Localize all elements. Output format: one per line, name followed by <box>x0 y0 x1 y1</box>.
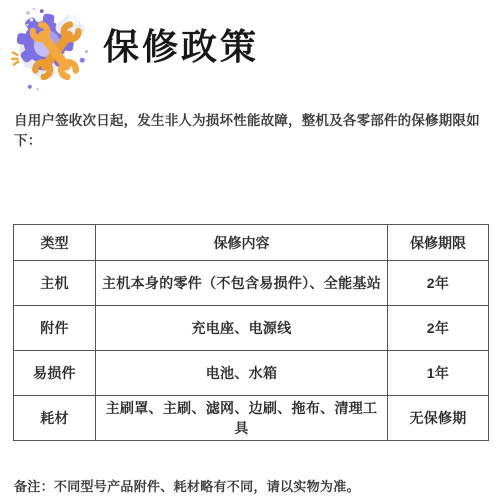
cell-content: 电池、水箱 <box>96 351 388 396</box>
table-row: 附件 充电座、电源线 2年 <box>14 306 489 351</box>
page-title: 保修政策 <box>103 27 259 67</box>
cell-period: 无保修期 <box>388 396 489 441</box>
cell-period: 2年 <box>388 261 489 306</box>
cell-content: 充电座、电源线 <box>96 306 388 351</box>
table-header-row: 类型 保修内容 保修期限 <box>14 225 489 261</box>
cell-type: 易损件 <box>14 351 96 396</box>
warranty-policy-page: 保修政策 自用户签收次日起，发生非人为损坏性能故障，整机及各零部件的保修期限如下… <box>0 0 500 500</box>
header-content: 保修内容 <box>96 225 388 261</box>
cell-type: 主机 <box>14 261 96 306</box>
warranty-table: 类型 保修内容 保修期限 主机 主机本身的零件（不包含易损件）、全能基站 2年 … <box>13 224 489 441</box>
table-row: 主机 主机本身的零件（不包含易损件）、全能基站 2年 <box>14 261 489 306</box>
header-type: 类型 <box>14 225 96 261</box>
cell-period: 2年 <box>388 306 489 351</box>
cell-content: 主机本身的零件（不包含易损件）、全能基站 <box>96 261 388 306</box>
gear-crossed-wrenches-icon <box>10 6 96 92</box>
note-text: 备注：不同型号产品附件、耗材略有不同，请以实物为准。 <box>14 476 486 495</box>
cell-period: 1年 <box>388 351 489 396</box>
cell-type: 耗材 <box>14 396 96 441</box>
header-period: 保修期限 <box>388 225 489 261</box>
table-row: 耗材 主刷罩、主刷、滤网、边刷、拖布、清理工具 无保修期 <box>14 396 489 441</box>
intro-text: 自用户签收次日起，发生非人为损坏性能故障，整机及各零部件的保修期限如下： <box>14 111 494 151</box>
cell-content: 主刷罩、主刷、滤网、边刷、拖布、清理工具 <box>96 396 388 441</box>
table-row: 易损件 电池、水箱 1年 <box>14 351 489 396</box>
cell-type: 附件 <box>14 306 96 351</box>
page-header: 保修政策 <box>0 0 500 94</box>
